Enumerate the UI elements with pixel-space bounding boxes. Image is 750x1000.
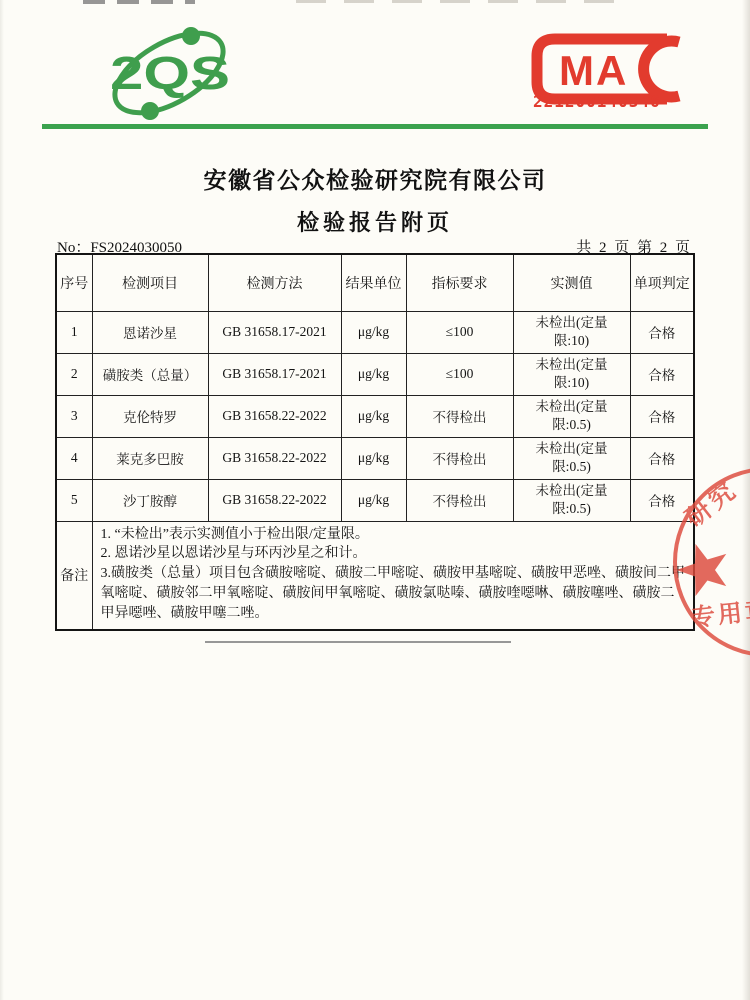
table-cell: μg/kg bbox=[341, 311, 406, 353]
table-cell: 未检出(定量限:10) bbox=[513, 311, 630, 353]
table-cell: GB 31658.17-2021 bbox=[208, 311, 341, 353]
measured-value: 未检出(定量限:0.5) bbox=[531, 482, 612, 518]
cma-certificate-number: 221200140346 bbox=[533, 92, 703, 111]
table-cell: 未检出(定量限:10) bbox=[513, 353, 630, 395]
remarks-content: 1. “未检出”表示实测值小于检出限/定量限。 2. 恩诺沙星以恩诺沙星与环丙沙… bbox=[92, 521, 694, 630]
table-cell: 莱克多巴胺 bbox=[92, 437, 208, 479]
table-cell: 合格 bbox=[630, 479, 694, 521]
header-divider bbox=[42, 124, 708, 129]
remark-line: 3.磺胺类（总量）项目包含磺胺嘧啶、磺胺二甲嘧啶、磺胺甲基嘧啶、磺胺甲恶唑、磺胺… bbox=[101, 564, 686, 624]
table-cell: μg/kg bbox=[341, 437, 406, 479]
table-cell: 合格 bbox=[630, 395, 694, 437]
table-cell: 5 bbox=[56, 479, 92, 521]
table-cell: 不得检出 bbox=[406, 395, 513, 437]
measured-value: 未检出(定量限:0.5) bbox=[531, 398, 612, 434]
company-title: 安徽省公众检验研究院有限公司 bbox=[0, 162, 750, 195]
table-cell: 4 bbox=[56, 437, 92, 479]
table-cell: ≤100 bbox=[406, 353, 513, 395]
remark-line: 2. 恩诺沙星以恩诺沙星与环丙沙星之和计。 bbox=[101, 544, 686, 564]
page-right-edge-shadow bbox=[742, 0, 750, 1000]
table-cell: 合格 bbox=[630, 311, 694, 353]
aqs-logo-letters: 2QS bbox=[110, 47, 230, 99]
table-cell: μg/kg bbox=[341, 479, 406, 521]
table-cell: 合格 bbox=[630, 353, 694, 395]
scan-artifact-top-right bbox=[296, 0, 626, 3]
page-left-edge-shadow bbox=[0, 0, 4, 1000]
document-title: 检验报告附页 bbox=[0, 206, 750, 237]
table-cell: μg/kg bbox=[341, 395, 406, 437]
table-row: 4 莱克多巴胺 GB 31658.22-2022 μg/kg 不得检出 未检出(… bbox=[56, 437, 694, 479]
table-cell: 未检出(定量限:0.5) bbox=[513, 395, 630, 437]
table-row: 2 磺胺类（总量） GB 31658.17-2021 μg/kg ≤100 未检… bbox=[56, 353, 694, 395]
signature-rule bbox=[205, 641, 511, 643]
header-seq: 序号 bbox=[56, 254, 92, 311]
aqs-logo: 2QS bbox=[92, 25, 247, 125]
header-measured: 实测值 bbox=[513, 254, 630, 311]
header-requirement: 指标要求 bbox=[406, 254, 513, 311]
remark-line: 1. “未检出”表示实测值小于检出限/定量限。 bbox=[101, 525, 686, 545]
header-item: 检测项目 bbox=[92, 254, 208, 311]
header-unit: 结果单位 bbox=[341, 254, 406, 311]
table-cell: 1 bbox=[56, 311, 92, 353]
table-cell: 2 bbox=[56, 353, 92, 395]
table-cell: GB 31658.17-2021 bbox=[208, 353, 341, 395]
cma-c-icon bbox=[644, 41, 679, 97]
table-cell: μg/kg bbox=[341, 353, 406, 395]
table-cell: 沙丁胺醇 bbox=[92, 479, 208, 521]
table-cell: GB 31658.22-2022 bbox=[208, 479, 341, 521]
cma-letters: MA bbox=[559, 47, 628, 94]
table-cell: 未检出(定量限:0.5) bbox=[513, 437, 630, 479]
measured-value: 未检出(定量限:0.5) bbox=[531, 440, 612, 476]
table-cell: 磺胺类（总量） bbox=[92, 353, 208, 395]
header-method: 检测方法 bbox=[208, 254, 341, 311]
table-cell: 3 bbox=[56, 395, 92, 437]
table-row: 1 恩诺沙星 GB 31658.17-2021 μg/kg ≤100 未检出(定… bbox=[56, 311, 694, 353]
table-header-row: 序号 检测项目 检测方法 结果单位 指标要求 实测值 单项判定 bbox=[56, 254, 694, 311]
orbit-dot-bottom-icon bbox=[141, 102, 159, 120]
table-cell: 恩诺沙星 bbox=[92, 311, 208, 353]
measured-value: 未检出(定量限:10) bbox=[531, 356, 612, 392]
table-cell: 不得检出 bbox=[406, 437, 513, 479]
orbit-dot-top-icon bbox=[182, 27, 200, 45]
table-row: 3 克伦特罗 GB 31658.22-2022 μg/kg 不得检出 未检出(定… bbox=[56, 395, 694, 437]
stamp-bottom-text: 专用章 bbox=[690, 596, 750, 632]
remarks-label: 备注 bbox=[56, 521, 92, 630]
table-cell: 克伦特罗 bbox=[92, 395, 208, 437]
table-cell: 未检出(定量限:0.5) bbox=[513, 479, 630, 521]
table-cell: 合格 bbox=[630, 437, 694, 479]
table-row: 5 沙丁胺醇 GB 31658.22-2022 μg/kg 不得检出 未检出(定… bbox=[56, 479, 694, 521]
results-table: 序号 检测项目 检测方法 结果单位 指标要求 实测值 单项判定 1 恩诺沙星 G… bbox=[55, 253, 695, 631]
table-cell: GB 31658.22-2022 bbox=[208, 437, 341, 479]
scan-artifact-top-left bbox=[83, 0, 195, 4]
header-judgment: 单项判定 bbox=[630, 254, 694, 311]
remarks-row: 备注 1. “未检出”表示实测值小于检出限/定量限。 2. 恩诺沙星以恩诺沙星与… bbox=[56, 521, 694, 630]
measured-value: 未检出(定量限:10) bbox=[531, 314, 612, 350]
scanned-report-page: { "header": { "aqs_logo_text": "2QS", "a… bbox=[0, 0, 750, 1000]
table-cell: ≤100 bbox=[406, 311, 513, 353]
table-cell: GB 31658.22-2022 bbox=[208, 395, 341, 437]
table-cell: 不得检出 bbox=[406, 479, 513, 521]
